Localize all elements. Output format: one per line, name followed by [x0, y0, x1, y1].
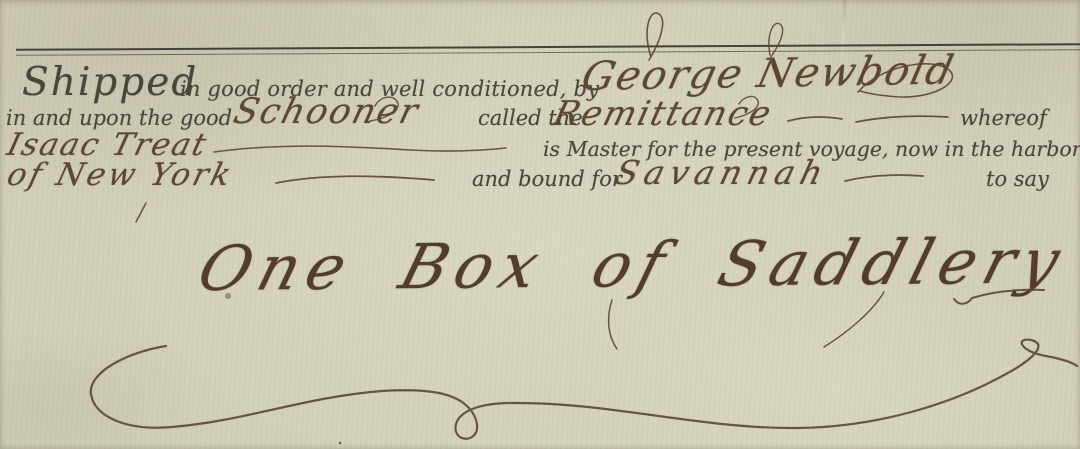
manuscript-vessel-type: Schooner	[230, 95, 423, 130]
fill-dash-stroke	[845, 175, 923, 181]
printed-upon-clause: in and upon the good	[6, 108, 232, 129]
bill-of-lading-document: Shipped in good order and well condition…	[0, 0, 1080, 449]
printed-bound-for: and bound for	[472, 169, 622, 190]
manuscript-vessel-name: Remittance	[550, 97, 776, 131]
fill-dash-stroke	[214, 146, 506, 152]
ink-tick	[136, 203, 146, 222]
manuscript-cargo-line: One Box of Saddlery	[192, 230, 1074, 300]
fill-dash-stroke	[856, 116, 948, 122]
ink-speck	[339, 442, 341, 444]
printed-to-say: to say	[986, 169, 1049, 190]
fill-dash-stroke	[788, 117, 842, 121]
manuscript-destination-port: Savannah	[612, 156, 832, 189]
manuscript-shipper-name: George Newbold	[578, 51, 959, 97]
manuscript-harbor-port: of New York	[4, 160, 237, 191]
descender-tail-stroke	[609, 300, 617, 349]
bottom-flourish-swash	[91, 340, 1077, 439]
descender-tail-stroke	[824, 292, 884, 347]
printed-shipped-word: Shipped	[22, 63, 198, 102]
fill-dash-stroke	[276, 176, 434, 183]
printed-whereof: whereof	[960, 108, 1047, 129]
